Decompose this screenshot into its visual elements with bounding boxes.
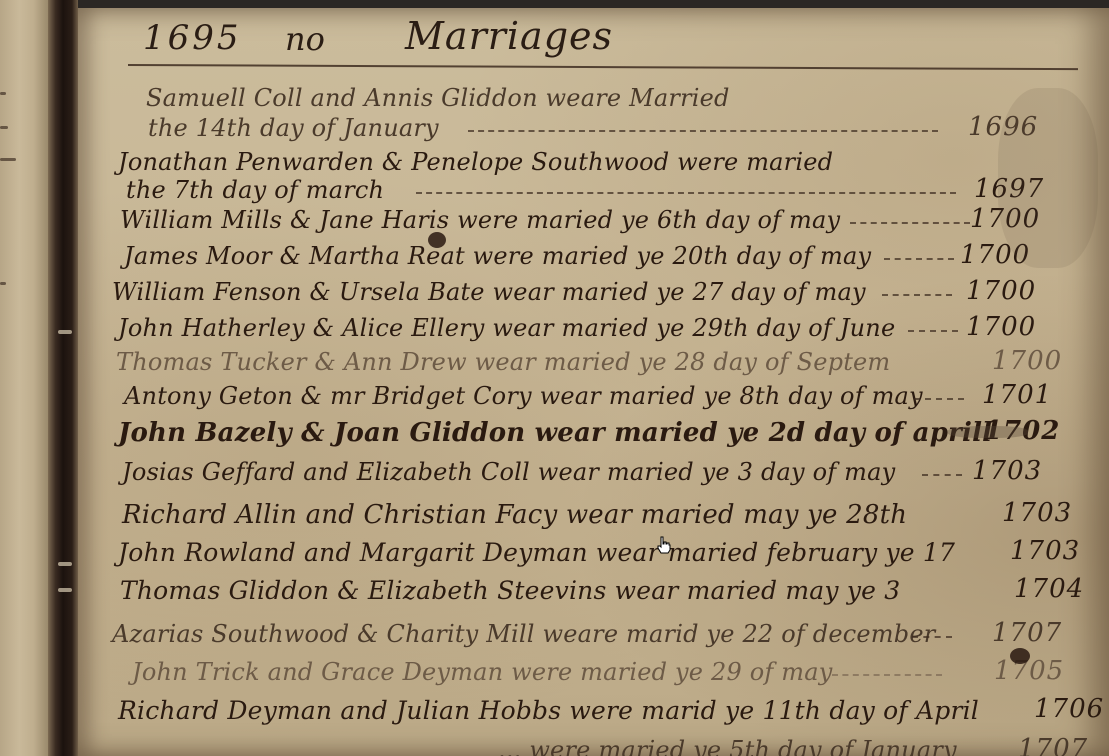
entry-text: Thomas Tucker & Ann Drew wear maried ye … bbox=[116, 348, 890, 376]
entry-text: John Bazely & Joan Gliddon wear maried y… bbox=[118, 418, 992, 448]
entry-year: 1707 bbox=[1018, 734, 1088, 756]
entry-year: 1703 bbox=[1010, 536, 1080, 566]
ink-blot bbox=[428, 232, 446, 248]
entry-text: James Moor & Martha Reat were maried ye … bbox=[124, 242, 871, 270]
entry-text: Thomas Gliddon & Elizabeth Steevins wear… bbox=[120, 576, 900, 605]
hand-pointer-cursor-icon bbox=[656, 536, 672, 554]
water-stain bbox=[948, 426, 1028, 438]
entry-year: 1704 bbox=[1014, 574, 1084, 604]
entry-text: Josias Geffard and Elizabeth Coll wear m… bbox=[122, 458, 895, 486]
entry-text: Richard Deyman and Julian Hobbs were mar… bbox=[118, 696, 979, 725]
ink-blot bbox=[1010, 648, 1030, 664]
entry-year: 1706 bbox=[1034, 694, 1104, 724]
entry-text: Jonathan Penwarden & Penelope Southwood … bbox=[118, 148, 833, 176]
marriage-entries: Samuell Coll and Annis Gliddon weare Mar… bbox=[78, 8, 1109, 756]
entry-year: 1701 bbox=[982, 380, 1052, 410]
entry-year: 1703 bbox=[1002, 498, 1072, 528]
entry-text: William Mills & Jane Haris were maried y… bbox=[120, 206, 840, 234]
register-page: 1695 no Marriages Samuell Coll and Annis… bbox=[78, 8, 1109, 756]
entry-year: 1700 bbox=[966, 312, 1036, 342]
entry-text: Samuell Coll and Annis Gliddon weare Mar… bbox=[146, 84, 730, 112]
entry-text: Richard Allin and Christian Facy wear ma… bbox=[122, 500, 907, 530]
facing-page-left bbox=[0, 0, 48, 756]
entry-text: Azarias Southwood & Charity Mill weare m… bbox=[112, 620, 935, 648]
page-stain bbox=[998, 88, 1098, 268]
entry-text: John Trick and Grace Deyman were maried … bbox=[132, 658, 833, 686]
entry-text: John Rowland and Margarit Deyman wear ma… bbox=[118, 538, 955, 567]
book-gutter bbox=[48, 0, 78, 756]
entry-year: 1707 bbox=[992, 618, 1062, 648]
entry-year: 1700 bbox=[966, 276, 1036, 306]
entry-text: the 7th day of march bbox=[126, 176, 384, 204]
entry-text: Antony Geton & mr Bridget Cory wear mari… bbox=[124, 382, 923, 410]
entry-year: 1705 bbox=[994, 656, 1064, 686]
entry-text: John Hatherley & Alice Ellery wear marie… bbox=[118, 314, 895, 342]
document-viewer: 1695 no Marriages Samuell Coll and Annis… bbox=[0, 0, 1109, 756]
entry-year: 1703 bbox=[972, 456, 1042, 486]
entry-text: ... were maried ye 5th day of January bbox=[498, 736, 957, 756]
entry-text: the 14th day of January bbox=[148, 114, 439, 142]
entry-year: 1700 bbox=[992, 346, 1062, 376]
entry-text: William Fenson & Ursela Bate wear maried… bbox=[112, 278, 866, 306]
